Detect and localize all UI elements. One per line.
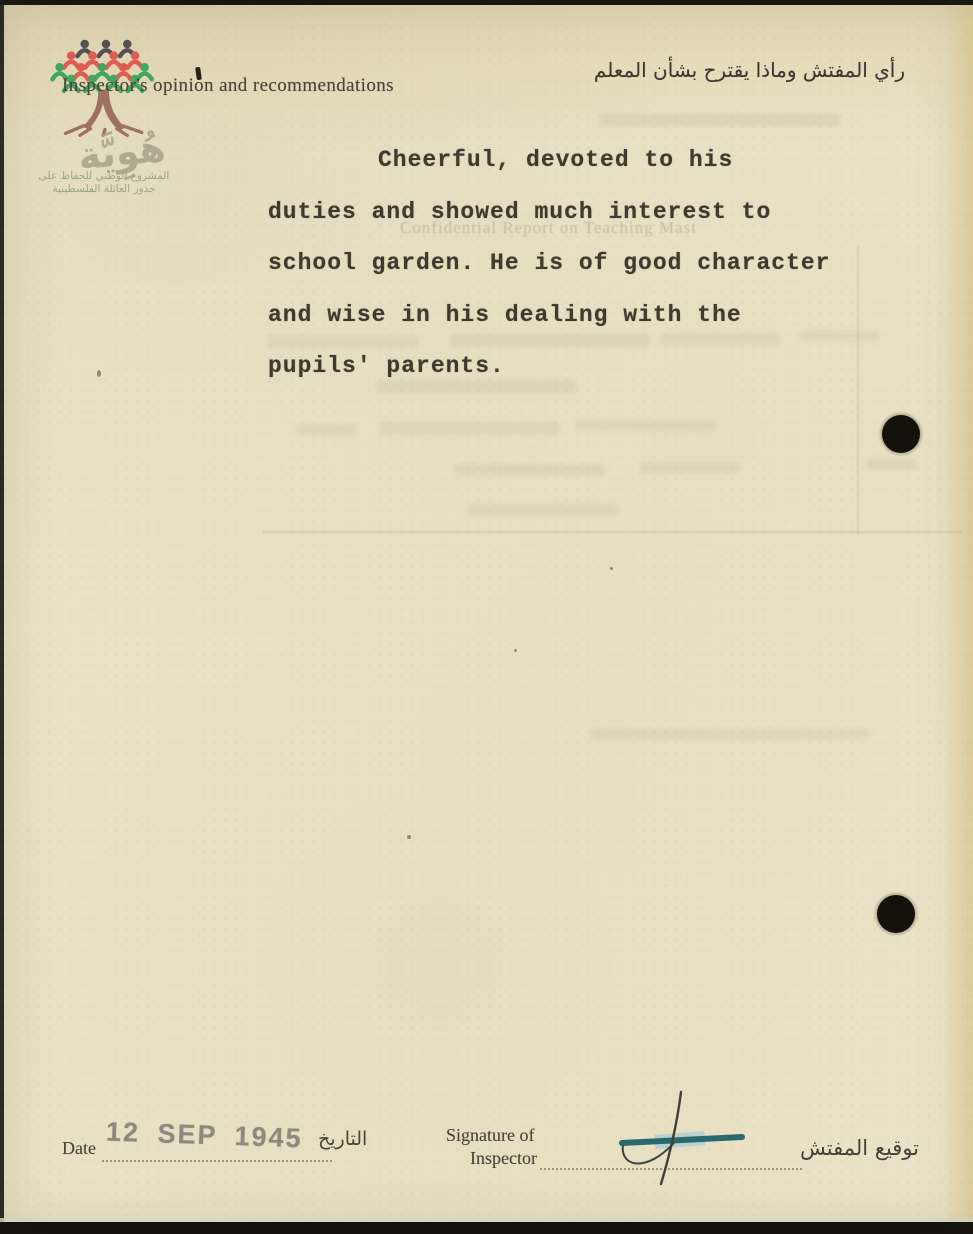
bleedthrough-smudge: [590, 728, 870, 740]
signature-label-english: Signature of Inspector: [446, 1124, 537, 1170]
ink-speck: [407, 835, 411, 839]
remarks-line: duties and showed much interest to: [268, 187, 868, 239]
remarks-line: Cheerful, devoted to his: [268, 135, 868, 187]
ink-speck: [514, 649, 517, 652]
logo-tagline-line1: المشروع الوطني للحفاظ على: [34, 170, 174, 183]
inspector-signature-ink: [600, 1085, 760, 1190]
section-title-english: Inspector's opinion and recommendations: [62, 75, 394, 97]
inspector-remarks-text: Cheerful, devoted to his duties and show…: [268, 135, 868, 393]
scanned-document-page: هُوِيَّة المشروع الوطني للحفاظ على جذور …: [0, 0, 973, 1234]
scan-edge-left: [0, 0, 4, 1234]
logo-tagline: المشروع الوطني للحفاظ على جذور العائلة ا…: [34, 170, 174, 196]
signature-label-line1: Signature of: [446, 1124, 537, 1147]
hole-punch-mark: [877, 895, 915, 933]
bleedthrough-smudge: [468, 504, 618, 515]
bleedthrough-smudge: [866, 458, 916, 470]
scan-edge-bottom: [0, 1222, 973, 1234]
logo-tagline-line2: جذور العائلة الفلسطينية: [34, 183, 174, 196]
ink-speck: [97, 370, 101, 377]
section-title-arabic: رأي المفتش وماذا يقترح بشأن المعلم: [594, 58, 905, 82]
remarks-line: pupils' parents.: [268, 341, 868, 393]
scan-edge-top: [0, 0, 973, 5]
ink-speck: [610, 567, 613, 570]
remarks-line: school garden. He is of good character: [268, 238, 868, 290]
bleedthrough-smudge: [380, 422, 560, 434]
signature-label-line2: Inspector: [446, 1147, 537, 1170]
signature-label-arabic: توقيع المفتش: [800, 1136, 919, 1160]
date-label-arabic: التاريخ: [318, 1128, 367, 1150]
bleedthrough-smudge: [575, 420, 715, 431]
hole-punch-mark: [882, 415, 920, 453]
remarks-line: and wise in his dealing with the: [268, 290, 868, 342]
bleedthrough-smudge: [296, 424, 356, 435]
date-label-english: Date: [62, 1138, 96, 1159]
bleedthrough-smudge: [640, 462, 740, 473]
bleedthrough-smudge: [455, 464, 605, 476]
paper-right-band: [943, 0, 973, 1234]
bleedthrough-smudge: [600, 114, 840, 126]
